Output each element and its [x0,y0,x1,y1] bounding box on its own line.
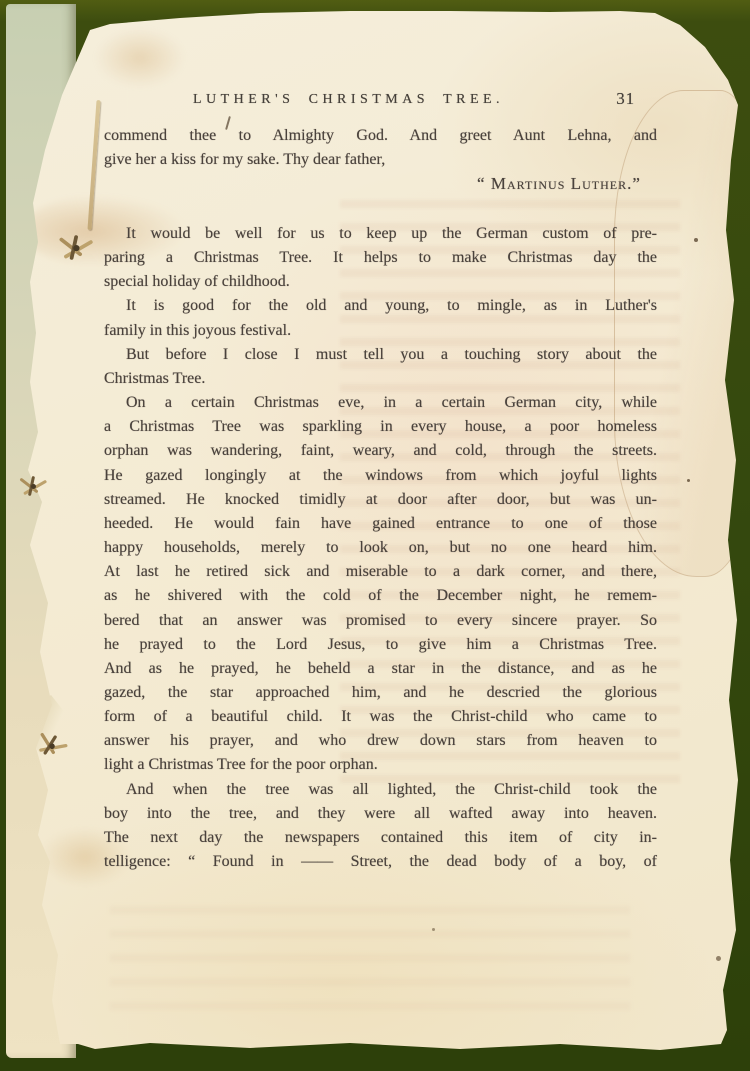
text-line: It would be well for us to keep up the G… [104,222,657,246]
text-line: special holiday of childhood. [104,270,657,294]
text-line: a Christmas Tree was sparkling in every … [104,415,657,439]
paragraph: But before I close I must tell you a tou… [104,343,657,391]
paragraph: It would be well for us to keep up the G… [104,222,657,294]
text-line: paring a Christmas Tree. It helps to mak… [104,246,657,270]
text-line: heeded. He would fain have gained entran… [104,512,657,536]
text-line: as he shivered with the cold of the Dece… [104,584,657,608]
text-line: It is good for the old and young, to min… [104,294,657,318]
book-scan: LUTHER'S CHRISTMAS TREE. 31 commend thee… [0,0,750,1071]
text-line: At last he retired sick and miserable to… [104,560,657,584]
showthrough-ghost-text [110,890,630,1020]
text-line: happy households, merely to look on, but… [104,536,657,560]
text-line: bered that an answer was promised to eve… [104,609,657,633]
text-line: boy into the tree, and they were all waf… [104,802,657,826]
text-line: And as he prayed, he beheld a star in th… [104,657,657,681]
foxing-speck [432,928,435,931]
page-header: LUTHER'S CHRISTMAS TREE. 31 [104,92,657,108]
paragraph: And when the tree was all lighted, the C… [104,778,657,875]
text-line: family in this joyous festival. [104,319,657,343]
text-line: orphan was wandering, faint, weary, and … [104,439,657,463]
text-line: commend thee to Almighty God. And greet … [104,124,657,148]
book-page: LUTHER'S CHRISTMAS TREE. 31 commend thee… [0,0,750,1071]
paragraph: It is good for the old and young, to min… [104,294,657,342]
foxing-speck [694,238,698,242]
text-line: light a Christmas Tree for the poor orph… [104,753,657,777]
text-line: answer his prayer, and who drew down sta… [104,729,657,753]
text-line: He gazed longingly at the windows from w… [104,464,657,488]
foxing-speck [716,956,721,961]
paragraph: On a certain Christmas eve, in a certain… [104,391,657,778]
binding-stitch [50,223,105,278]
text-line: give her a kiss for my sake. Thy dear fa… [104,148,657,172]
text-line: telligence: “ Found in —— Street, the de… [104,850,657,874]
page-number: 31 [616,89,635,109]
letter-signature: “ Martinus Luther.” [104,172,657,196]
stain-top-corner [95,28,185,88]
running-head: LUTHER'S CHRISTMAS TREE. [193,92,504,108]
letter-closing: commend thee to Almighty God. And greet … [104,124,657,196]
text-line: streamed. He knocked timidly at door aft… [104,488,657,512]
text-line: On a certain Christmas eve, in a certain… [104,391,657,415]
text-line: he prayed to the Lord Jesus, to give him… [104,633,657,657]
text-line: The next day the newspapers contained th… [104,826,657,850]
text-line: But before I close I must tell you a tou… [104,343,657,367]
letter-lines: commend thee to Almighty God. And greet … [104,124,657,172]
text-line: And when the tree was all lighted, the C… [104,778,657,802]
text-line: Christmas Tree. [104,367,657,391]
binding-stitch [12,466,56,510]
paragraphs: It would be well for us to keep up the G… [104,222,657,874]
text-line: gazed, the star approached him, and he d… [104,681,657,705]
text-line: form of a beautiful child. It was the Ch… [104,705,657,729]
foxing-speck [687,479,690,482]
